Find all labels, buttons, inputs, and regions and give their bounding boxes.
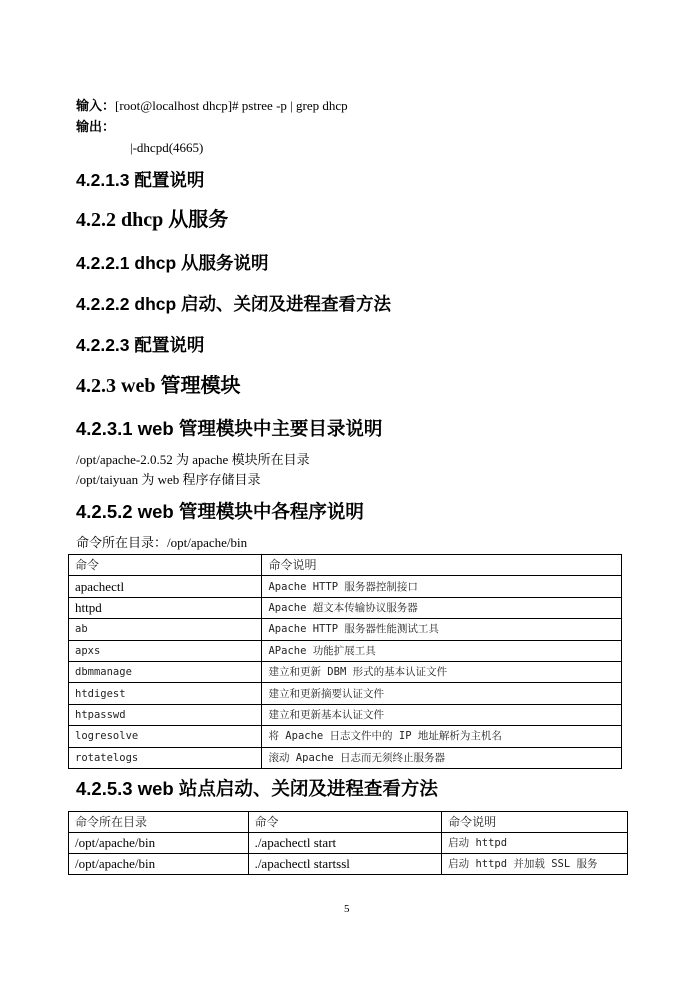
page-number: 5 [344, 903, 350, 915]
table-row: /opt/apache/bin ./apachectl startssl 启动 … [69, 854, 628, 875]
description-cell: APache 功能扩展工具 [262, 640, 622, 661]
table-row: httpd Apache 超文本传输协议服务器 [69, 597, 622, 618]
programs-table: 命令 命令说明 apachectl Apache HTTP 服务器控制接口 ht… [68, 554, 622, 769]
heading-4-2-2-3: 4.2.2.3 配置说明 [76, 334, 204, 356]
table-row: /opt/apache/bin ./apachectl start 启动 htt… [69, 833, 628, 854]
heading-4-2-5-3: 4.2.5.3 web 站点启动、关闭及进程查看方法 [76, 778, 438, 800]
description-cell: Apache HTTP 服务器控制接口 [262, 576, 622, 597]
input-line: 输入：[root@localhost dhcp]# pstree -p | gr… [76, 98, 348, 114]
command-cell: httpd [69, 597, 262, 618]
command-cell: ab [69, 619, 262, 640]
description-cell: Apache 超文本传输协议服务器 [262, 597, 622, 618]
table-row: htpasswd 建立和更新基本认证文件 [69, 704, 622, 725]
heading-4-2-2: 4.2.2 dhcp 从服务 [76, 208, 228, 232]
table-row: ab Apache HTTP 服务器性能测试工具 [69, 619, 622, 640]
directory-cell: /opt/apache/bin [69, 854, 249, 875]
input-command: [root@localhost dhcp]# pstree -p | grep … [115, 98, 348, 113]
table-header-row: 命令所在目录 命令 命令说明 [69, 812, 628, 833]
command-cell: dbmmanage [69, 661, 262, 682]
command-cell: ./apachectl start [248, 833, 442, 854]
header-command: 命令 [69, 555, 262, 576]
description-cell: 建立和更新摘要认证文件 [262, 683, 622, 704]
directory-cell: /opt/apache/bin [69, 833, 249, 854]
command-cell: logresolve [69, 726, 262, 747]
programs-caption: 命令所在目录：/opt/apache/bin [76, 535, 247, 551]
header-description: 命令说明 [262, 555, 622, 576]
header-command: 命令 [248, 812, 442, 833]
command-cell: htpasswd [69, 704, 262, 725]
table-row: apxs APache 功能扩展工具 [69, 640, 622, 661]
header-directory: 命令所在目录 [69, 812, 249, 833]
description-cell: 启动 httpd [442, 833, 628, 854]
heading-4-2-2-2: 4.2.2.2 dhcp 启动、关闭及进程查看方法 [76, 293, 391, 315]
header-description: 命令说明 [442, 812, 628, 833]
heading-4-2-1-3: 4.2.1.3 配置说明 [76, 169, 204, 191]
description-cell: 启动 httpd 并加载 SSL 服务 [442, 854, 628, 875]
input-label: 输入： [76, 98, 115, 113]
table-row: htdigest 建立和更新摘要认证文件 [69, 683, 622, 704]
heading-4-2-5-2: 4.2.5.2 web 管理模块中各程序说明 [76, 501, 364, 523]
output-value: |-dhcpd(4665) [130, 140, 203, 156]
site-control-table: 命令所在目录 命令 命令说明 /opt/apache/bin ./apachec… [68, 811, 628, 875]
command-cell: ./apachectl startssl [248, 854, 442, 875]
heading-4-2-3-1: 4.2.3.1 web 管理模块中主要目录说明 [76, 418, 382, 440]
table-row: rotatelogs 滚动 Apache 日志而无须终止服务器 [69, 747, 622, 768]
heading-4-2-3: 4.2.3 web 管理模块 [76, 374, 240, 398]
command-cell: htdigest [69, 683, 262, 704]
directory-line-taiyuan: /opt/taiyuan 为 web 程序存储目录 [76, 472, 261, 488]
description-cell: 建立和更新 DBM 形式的基本认证文件 [262, 661, 622, 682]
description-cell: 滚动 Apache 日志而无须终止服务器 [262, 747, 622, 768]
description-cell: Apache HTTP 服务器性能测试工具 [262, 619, 622, 640]
description-cell: 将 Apache 日志文件中的 IP 地址解析为主机名 [262, 726, 622, 747]
heading-4-2-2-1: 4.2.2.1 dhcp 从服务说明 [76, 252, 269, 274]
command-cell: rotatelogs [69, 747, 262, 768]
table-row: dbmmanage 建立和更新 DBM 形式的基本认证文件 [69, 661, 622, 682]
output-label: 输出： [76, 119, 115, 135]
table-row: apachectl Apache HTTP 服务器控制接口 [69, 576, 622, 597]
table-header-row: 命令 命令说明 [69, 555, 622, 576]
table-row: logresolve 将 Apache 日志文件中的 IP 地址解析为主机名 [69, 726, 622, 747]
command-cell: apxs [69, 640, 262, 661]
command-cell: apachectl [69, 576, 262, 597]
directory-line-apache: /opt/apache-2.0.52 为 apache 模块所在目录 [76, 452, 310, 468]
description-cell: 建立和更新基本认证文件 [262, 704, 622, 725]
